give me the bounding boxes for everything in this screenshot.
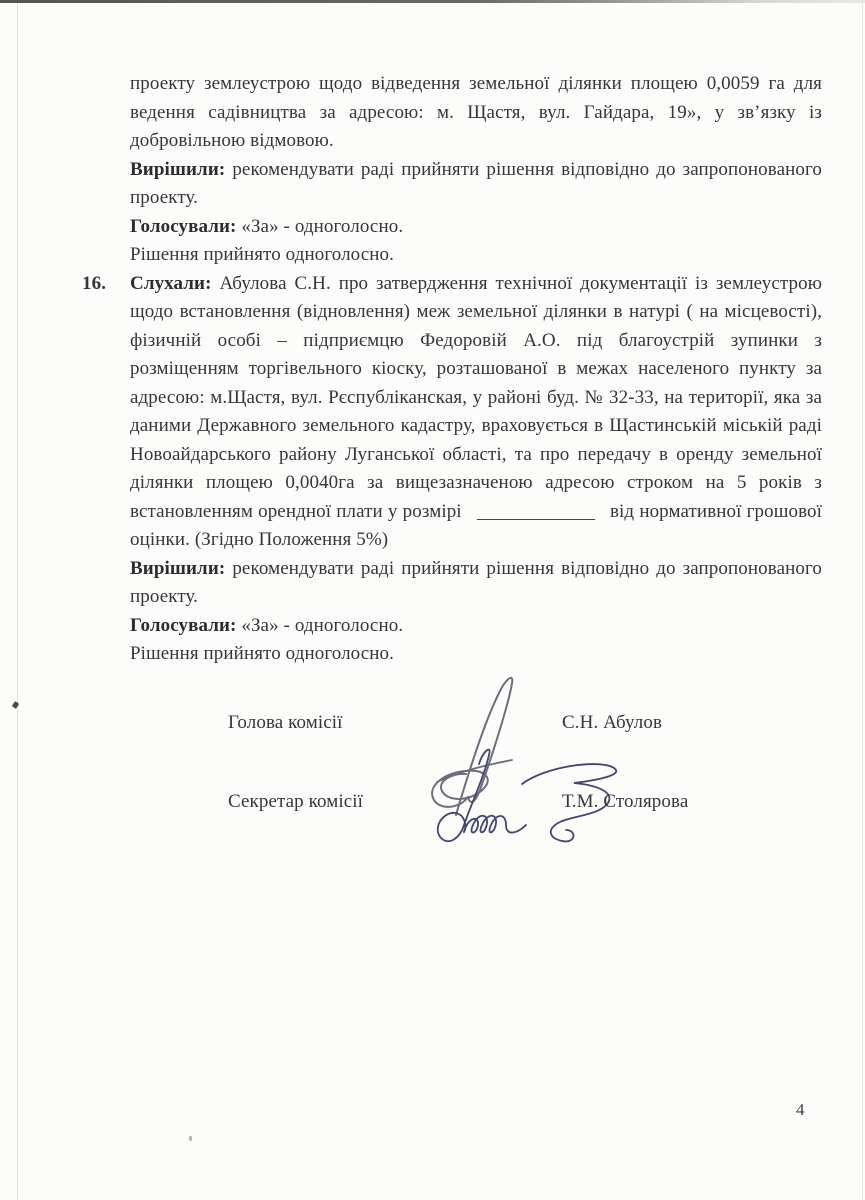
page-number: 4 (796, 1100, 805, 1120)
resolution-label: Вирішили: (130, 558, 225, 579)
ink-speck (189, 1136, 192, 1141)
vote-label: Голосували: (130, 216, 236, 237)
ink-speck (12, 701, 20, 709)
document-body: проекту землеустрою щодо відведення земе… (130, 70, 822, 1021)
signature-name-secretary: Т.М. Столярова (562, 788, 688, 817)
signature-name-chairman: С.Н. Абулов (562, 709, 662, 738)
vote-text: «За» - одноголосно. (241, 216, 403, 237)
signature-role-chairman: Голова комісії (228, 709, 343, 738)
signature-role-secretary: Секретар комісії (228, 788, 363, 817)
scan-artifact-right-line (862, 0, 863, 1200)
decision-paragraph-2: Рішення прийнято одноголосно. (130, 640, 822, 669)
vote-paragraph-1: Голосували: «За» - одноголосно. (130, 213, 822, 242)
decision-paragraph-1: Рішення прийнято одноголосно. (130, 241, 822, 270)
resolution-paragraph-2: Вирішили: рекомендувати раді прийняти рі… (130, 555, 822, 612)
agenda-item-number: 16. (82, 270, 106, 299)
vote-paragraph-2: Голосували: «За» - одноголосно. (130, 612, 822, 641)
resolution-label: Вирішили: (130, 159, 225, 180)
resolution-text: рекомендувати раді прийняти рішення відп… (130, 558, 822, 608)
signature-block: Голова комісії С.Н. Абулов Секретар комі… (130, 691, 822, 1021)
vote-label: Голосували: (130, 615, 236, 636)
agenda-item-16: 16. Слухали: Абулова С.Н. про затверджен… (130, 270, 822, 555)
agenda-item-text-before-blank: Абулова С.Н. про затвердження технічної … (130, 273, 822, 522)
scanned-document-page: проекту землеустрою щодо відведення земе… (0, 0, 865, 1200)
agenda-item-label: Слухали: (130, 273, 212, 294)
vote-text: «За» - одноголосно. (241, 615, 403, 636)
blank-underline-field (477, 503, 595, 520)
scan-artifact-top-edge (0, 0, 865, 3)
resolution-text: рекомендувати раді прийняти рішення відп… (130, 159, 822, 209)
scan-artifact-left-line (17, 3, 18, 1200)
continuation-paragraph: проекту землеустрою щодо відведення земе… (130, 70, 822, 156)
resolution-paragraph-1: Вирішили: рекомендувати раді прийняти рі… (130, 156, 822, 213)
